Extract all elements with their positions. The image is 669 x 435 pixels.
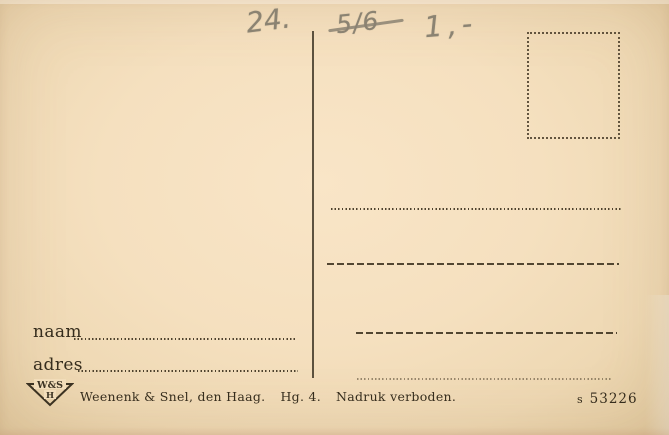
pencil-price-annotation: 1,- <box>423 6 479 45</box>
logo-text-bottom: H <box>46 391 54 401</box>
pencil-number-annotation: 24. <box>244 1 292 39</box>
scan-edge-right <box>645 295 669 435</box>
address-line-3 <box>356 332 617 334</box>
scan-edge-bottom <box>0 428 669 435</box>
address-line-4 <box>357 378 612 380</box>
address-line-1 <box>331 208 621 210</box>
logo-text-top: W&S <box>36 380 63 391</box>
scan-edge-top <box>0 0 669 4</box>
stamp-box <box>527 32 620 139</box>
imprint-publisher: Weenenk & Snel, den Haag. <box>80 389 265 404</box>
center-divider-line <box>312 31 314 378</box>
imprint-notice: Nadruk verboden. <box>336 389 456 404</box>
imprint-series: Hg. 4. <box>280 389 321 404</box>
address-line-2 <box>327 263 619 265</box>
serial-prefix: s <box>577 393 583 406</box>
address-ruled-line <box>78 370 298 372</box>
serial-digits: 53226 <box>590 391 638 407</box>
address-label: adres <box>33 355 83 375</box>
publisher-logo-triangle-icon: W&S H <box>26 377 74 407</box>
publisher-imprint: Weenenk & Snel, den Haag.Hg. 4.Nadruk ve… <box>80 389 456 404</box>
serial-number: s53226 <box>577 388 638 407</box>
postcard-back: 24. 5/6 1,- naam adres W&S H Weenenk & S… <box>0 0 669 435</box>
name-ruled-line <box>74 338 297 340</box>
